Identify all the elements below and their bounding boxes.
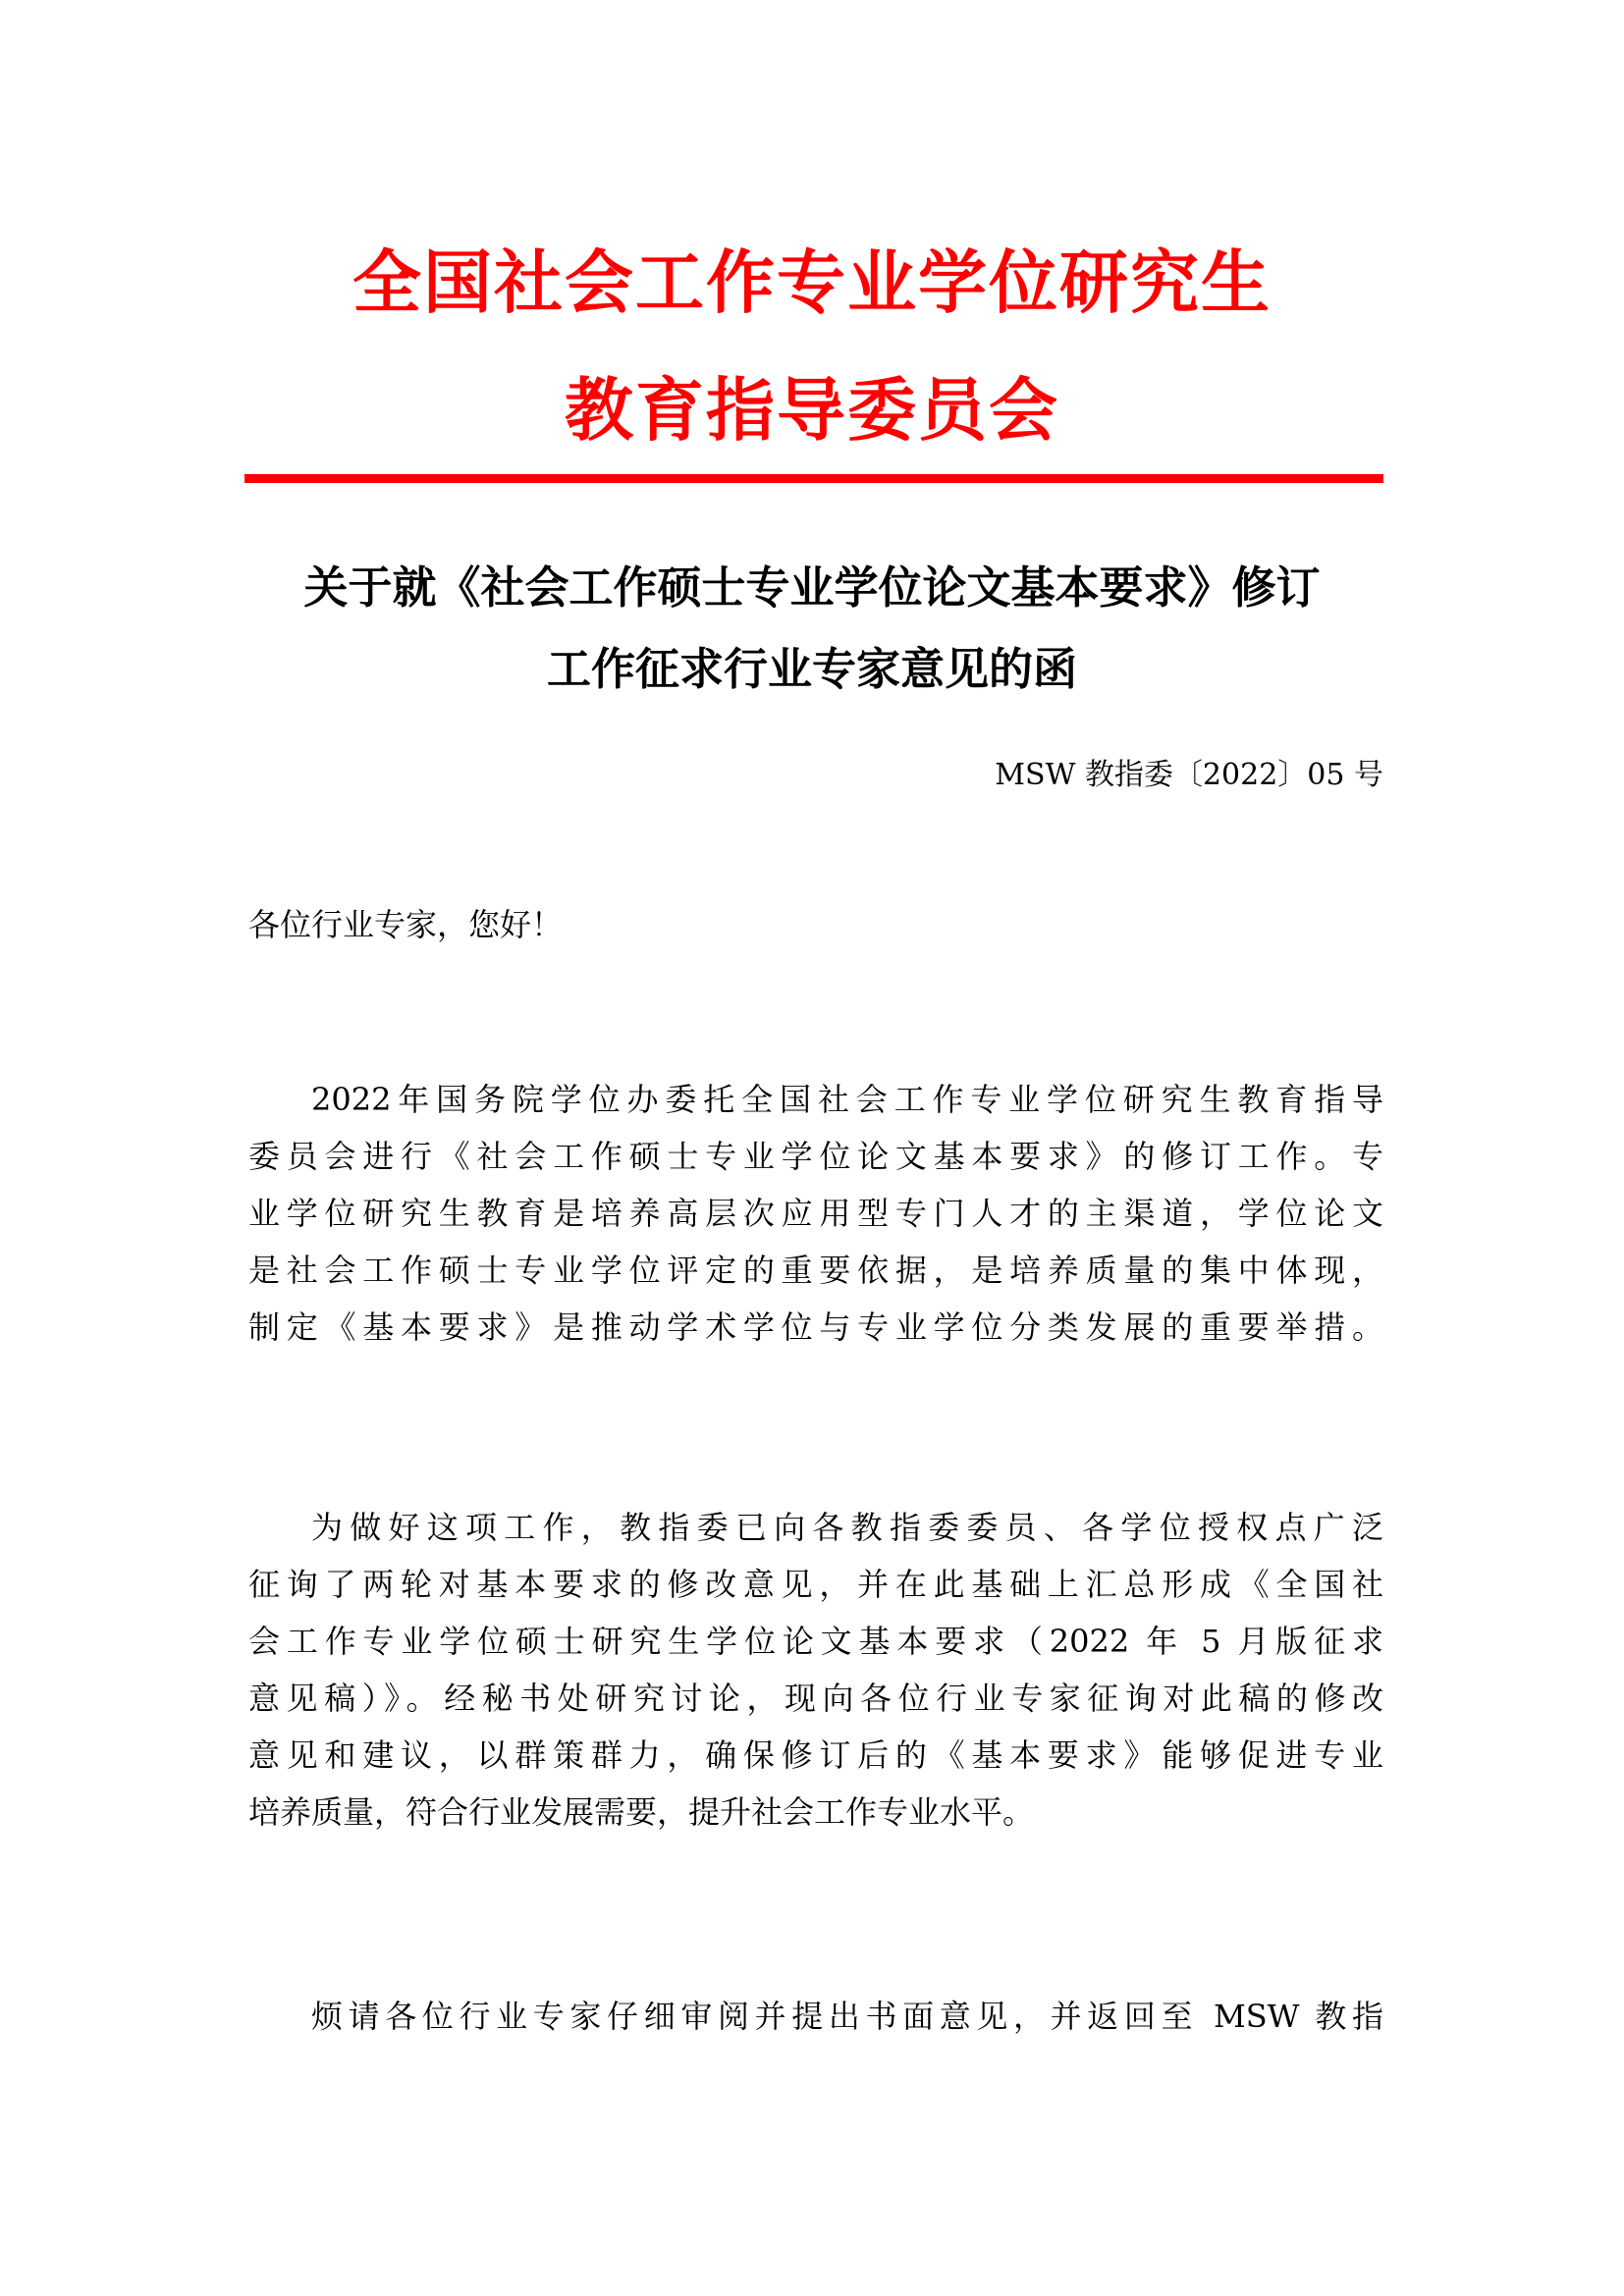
document-number: MSW 教指委〔2022〕05 号: [995, 756, 1383, 795]
paragraph-line: 意见稿）》。经秘书处研究讨论，现向各位行业专家征询对此稿的修改: [248, 1677, 1383, 1720]
paragraph-line: 是社会工作硕士专业学位评定的重要依据，是培养质量的集中体现，: [248, 1249, 1383, 1292]
salutation: 各位行业专家，您好！: [248, 903, 563, 946]
paragraph-line: 烦请各位行业专家仔细审阅并提出书面意见，并返回至 MSW 教指: [311, 1995, 1383, 2038]
red-header-divider: [244, 474, 1383, 483]
paragraph-line: 2022年国务院学位办委托全国社会工作专业学位研究生教育指导: [311, 1078, 1383, 1121]
paragraph-line: 制定《基本要求》是推动学术学位与专业学位分类发展的重要举措。: [248, 1306, 1383, 1349]
paragraph-line: 委员会进行《社会工作硕士专业学位论文基本要求》的修订工作。专: [248, 1135, 1383, 1178]
paragraph-line: 会工作专业学位硕士研究生学位论文基本要求（2022 年 5 月版征求: [248, 1620, 1383, 1663]
paragraph-line: 培养质量，符合行业发展需要，提升社会工作专业水平。: [248, 1790, 1383, 1834]
document-title-line-2: 工作征求行业专家意见的函: [0, 642, 1624, 697]
paragraph-line: 业学位研究生教育是培养高层次应用型专门人才的主渠道，学位论文: [248, 1192, 1383, 1235]
document-title-line-1: 关于就《社会工作硕士专业学位论文基本要求》修订: [0, 561, 1624, 615]
paragraph-line: 为做好这项工作，教指委已向各教指委委员、各学位授权点广泛: [311, 1506, 1383, 1549]
org-name-line-1: 全国社会工作专业学位研究生: [0, 243, 1624, 322]
paragraph-line: 意见和建议，以群策群力，确保修订后的《基本要求》能够促进专业: [248, 1734, 1383, 1777]
org-name-line-2: 教育指导委员会: [0, 371, 1624, 450]
document-page: 全国社会工作专业学位研究生 教育指导委员会 关于就《社会工作硕士专业学位论文基本…: [0, 0, 1624, 2296]
paragraph-line: 征询了两轮对基本要求的修改意见，并在此基础上汇总形成《全国社: [248, 1563, 1383, 1606]
